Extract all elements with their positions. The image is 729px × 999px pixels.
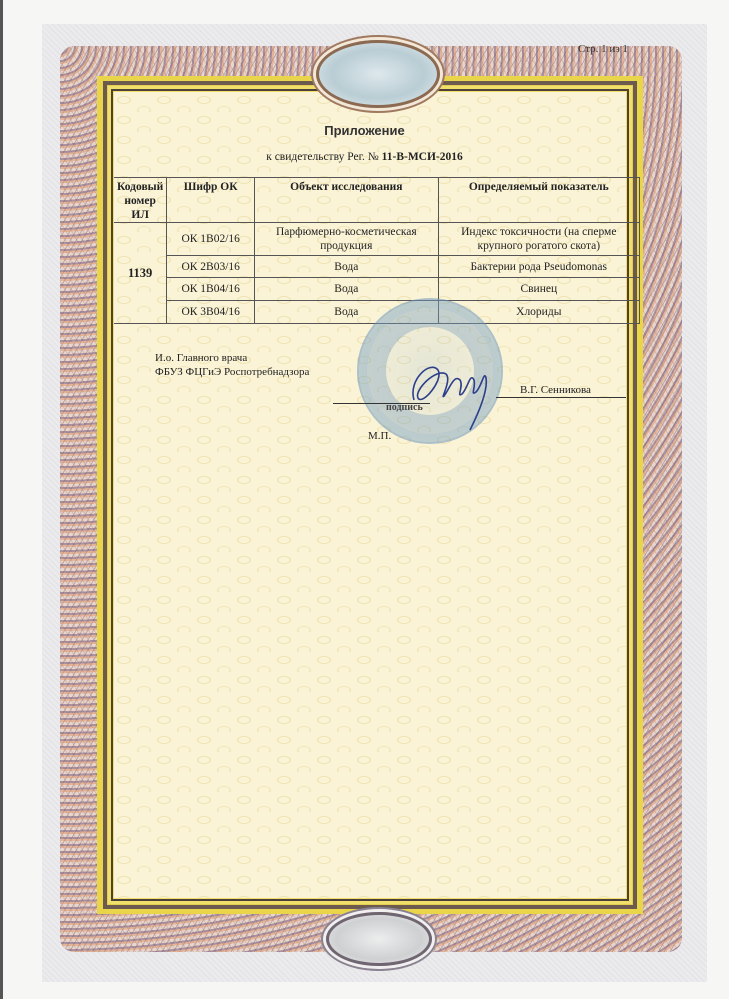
code-number-cell: 1139 bbox=[114, 223, 167, 324]
results-table: Кодовый номер ИЛ Шифр ОК Объект исследов… bbox=[114, 177, 640, 324]
indicator-cell: Бактерии рода Pseudomonas bbox=[438, 256, 639, 278]
bottom-medallion-ornament bbox=[326, 912, 432, 966]
indicator-cell: Свинец bbox=[438, 278, 639, 301]
header-cipher: Шифр ОК bbox=[167, 178, 255, 223]
document-title: Приложение bbox=[0, 123, 729, 138]
top-medallion-ornament bbox=[316, 40, 440, 108]
document-subtitle: к свидетельству Рег. № 11-В-МСИ-2016 bbox=[0, 151, 729, 163]
object-cell: Вода bbox=[255, 278, 438, 301]
signer-role-line2: ФБУЗ ФЦГиЭ Роспотребнадзора bbox=[155, 365, 309, 379]
page-number: Стр. 1 из 1 bbox=[578, 43, 628, 55]
table-header-row: Кодовый номер ИЛ Шифр ОК Объект исследов… bbox=[114, 178, 640, 223]
header-indicator: Определяемый показатель bbox=[438, 178, 639, 223]
cipher-cell: ОК 3В04/16 bbox=[167, 301, 255, 324]
signature-caption: подпись bbox=[386, 402, 423, 413]
table-row: 1139 ОК 1В02/16 Парфюмерно-косметическая… bbox=[114, 223, 640, 256]
registration-number: 11-В-МСИ-2016 bbox=[382, 151, 463, 163]
seal-place-label: М.П. bbox=[368, 430, 391, 442]
table-row: ОК 2В03/16 Вода Бактерии рода Pseudomona… bbox=[114, 256, 640, 278]
signer-role: И.о. Главного врача ФБУЗ ФЦГиЭ Роспотреб… bbox=[155, 351, 309, 379]
scan-edge bbox=[0, 0, 3, 999]
table-row: ОК 1В04/16 Вода Свинец bbox=[114, 278, 640, 301]
signer-name-line bbox=[496, 397, 626, 398]
cipher-cell: ОК 2В03/16 bbox=[167, 256, 255, 278]
cipher-cell: ОК 1В02/16 bbox=[167, 223, 255, 256]
handwritten-signature-icon bbox=[400, 340, 510, 440]
signer-role-line1: И.о. Главного врача bbox=[155, 351, 309, 365]
header-code-number: Кодовый номер ИЛ bbox=[114, 178, 167, 223]
object-cell: Парфюмерно-косметическая продукция bbox=[255, 223, 438, 256]
header-object: Объект исследования bbox=[255, 178, 438, 223]
cipher-cell: ОК 1В04/16 bbox=[167, 278, 255, 301]
subtitle-prefix: к свидетельству Рег. № bbox=[266, 151, 381, 163]
object-cell: Вода bbox=[255, 256, 438, 278]
signer-name: В.Г. Сенникова bbox=[520, 384, 591, 396]
indicator-cell: Индекс токсичности (на сперме крупного р… bbox=[438, 223, 639, 256]
